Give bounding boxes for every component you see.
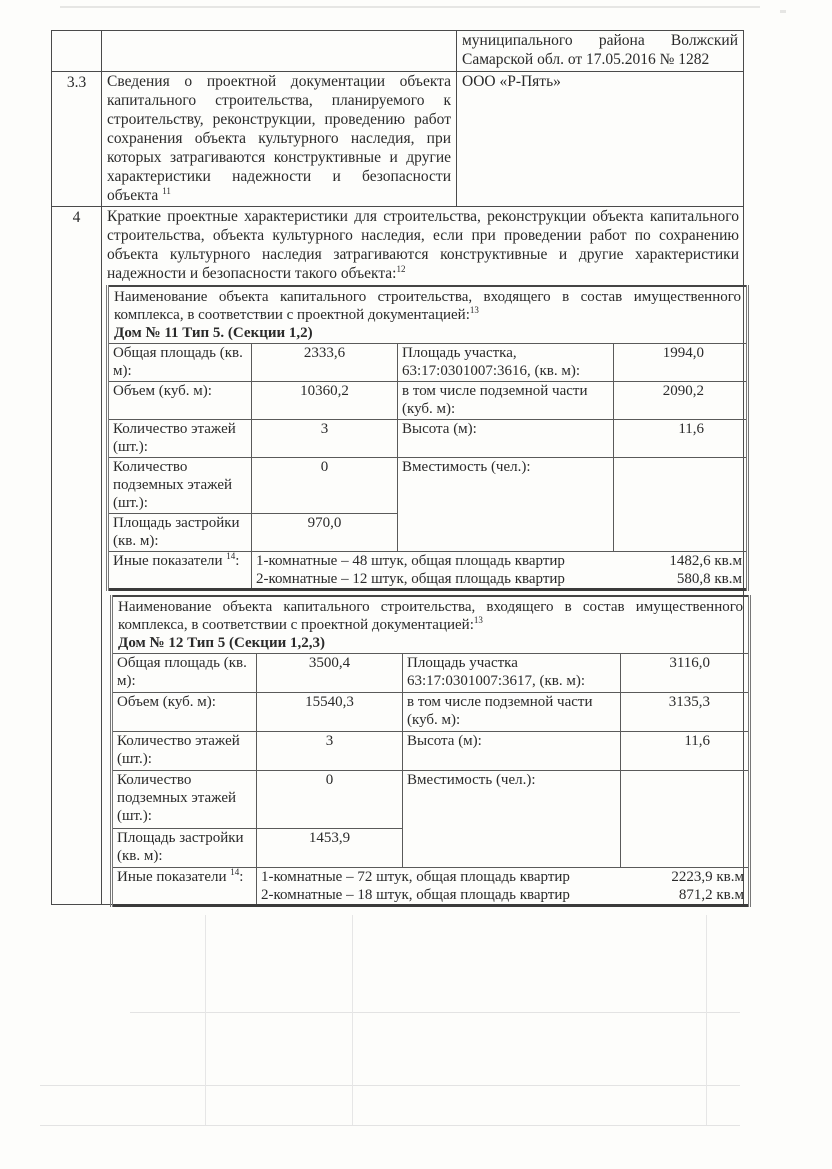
row-description — [102, 31, 457, 72]
apartment-row: 2-комнатные – 12 штук, общая площадь ква… — [256, 570, 742, 588]
field-value: 3135,3 — [621, 693, 750, 732]
field-label: Высота (м): — [403, 732, 621, 771]
row-number: 4 — [52, 207, 102, 905]
field-row-other: Иные показатели 14: 1-комнатные – 72 шту… — [112, 868, 750, 906]
scan-artifact-top — [60, 6, 760, 8]
field-label: Общая площадь (кв. м): — [108, 344, 252, 382]
field-value: 1994,0 — [614, 344, 748, 382]
footnote-ref: 13 — [470, 305, 479, 315]
field-row: Объем (куб. м): 15540,3 в том числе подз… — [112, 693, 750, 732]
scan-artifact-corner — [780, 10, 786, 13]
field-row: Количество подземных этажей (шт.): 0 Вме… — [108, 458, 748, 514]
field-label: Вместимость (чел.): — [398, 458, 614, 552]
row-value: муниципального района Волжский Самарской… — [457, 31, 744, 72]
field-row: Количество этажей (шт.): 3 Высота (м): 1… — [112, 732, 750, 771]
table-row-continuation: муниципального района Волжский Самарской… — [52, 31, 744, 72]
field-value: 2333,6 — [252, 344, 398, 382]
apartment-area: 1482,6 кв.м — [647, 552, 742, 570]
field-label: Вместимость (чел.): — [403, 771, 621, 868]
row-description-text: Краткие проектные характеристики для стр… — [107, 208, 739, 282]
field-row: Количество этажей (шт.): 3 Высота (м): 1… — [108, 420, 748, 458]
field-value: 3500,4 — [257, 654, 403, 693]
field-label: Количество подземных этажей (шт.): — [108, 458, 252, 514]
object-heading-text: Наименование объекта капитального строит… — [114, 289, 741, 323]
object-name: Дом № 11 Тип 5. (Секции 1,2) — [114, 325, 313, 341]
field-label: Количество этажей (шт.): — [112, 732, 257, 771]
row-number: 3.3 — [52, 72, 102, 207]
field-label-text: Иные показатели — [117, 869, 227, 885]
apartment-row: 1-комнатные – 48 штук, общая площадь ква… — [256, 552, 742, 570]
apartment-row: 2-комнатные – 18 штук, общая площадь ква… — [261, 886, 744, 904]
object-heading-row: Наименование объекта капитального строит… — [112, 596, 750, 654]
object-name: Дом № 12 Тип 5 (Секции 1,2,3) — [118, 635, 325, 651]
field-label: Общая площадь (кв. м): — [112, 654, 257, 693]
field-value — [621, 771, 750, 868]
field-label: Количество этажей (шт.): — [108, 420, 252, 458]
row-number — [52, 31, 102, 72]
field-label: Площадь застройки (кв. м): — [108, 514, 252, 552]
row-value: ООО «Р-Пять» — [457, 72, 744, 207]
row-description: Сведения о проектной документации объект… — [102, 72, 457, 207]
apartment-area: 871,2 кв.м — [649, 886, 744, 904]
object-table-house-12: Наименование объекта капитального строит… — [110, 595, 751, 907]
apartment-row: 1-комнатные – 72 штук, общая площадь ква… — [261, 868, 744, 886]
table-row-3-3: 3.3 Сведения о проектной документации об… — [52, 72, 744, 207]
footnote-ref: 11 — [162, 186, 171, 196]
field-value: 10360,2 — [252, 382, 398, 420]
apartment-text: 2-комнатные – 18 штук, общая площадь ква… — [261, 886, 570, 904]
apartment-area: 2223,9 кв.м — [649, 868, 744, 886]
field-value — [614, 458, 748, 552]
field-label: Объем (куб. м): — [112, 693, 257, 732]
field-row: Количество подземных этажей (шт.): 0 Вме… — [112, 771, 750, 829]
footnote-ref: 12 — [396, 264, 405, 274]
apartment-text: 1-комнатные – 48 штук, общая площадь ква… — [256, 552, 565, 570]
field-value: 3116,0 — [621, 654, 750, 693]
object-heading: Наименование объекта капитального строит… — [108, 286, 748, 344]
object-heading-text: Наименование объекта капитального строит… — [118, 599, 743, 633]
footnote-ref: 13 — [474, 615, 483, 625]
row-value-line: Самарской обл. от 17.05.2016 № 1282 — [462, 50, 738, 69]
field-label-text: Иные показатели — [113, 553, 223, 569]
field-value: 3 — [252, 420, 398, 458]
apartments-list: 1-комнатные – 72 штук, общая площадь ква… — [257, 868, 750, 906]
field-row: Общая площадь (кв. м): 2333,6 Площадь уч… — [108, 344, 748, 382]
apartment-text: 1-комнатные – 72 штук, общая площадь ква… — [261, 868, 570, 886]
object-heading: Наименование объекта капитального строит… — [112, 596, 750, 654]
footnote-ref: 14 — [230, 867, 239, 877]
field-label: в том числе подземной части (куб. м): — [403, 693, 621, 732]
field-value: 11,6 — [614, 420, 748, 458]
row-description-text: Сведения о проектной документации объект… — [107, 73, 451, 204]
field-label: Иные показатели 14: — [108, 552, 252, 590]
field-row-other: Иные показатели 14: 1-комнатные – 48 шту… — [108, 552, 748, 590]
apartments-list: 1-комнатные – 48 штук, общая площадь ква… — [252, 552, 748, 590]
object-heading-row: Наименование объекта капитального строит… — [108, 286, 748, 344]
field-label: в том числе подземной части (куб. м): — [398, 382, 614, 420]
footnote-ref: 14 — [226, 551, 235, 561]
field-label: Площадь участка, 63:17:0301007:3616, (кв… — [398, 344, 614, 382]
field-label: Площадь застройки (кв. м): — [112, 829, 257, 868]
field-value: 0 — [252, 458, 398, 514]
field-label: Объем (куб. м): — [108, 382, 252, 420]
field-value: 3 — [257, 732, 403, 771]
field-label: Площадь участка 63:17:0301007:3617, (кв.… — [403, 654, 621, 693]
field-value: 2090,2 — [614, 382, 748, 420]
field-value: 1453,9 — [257, 829, 403, 868]
field-value: 0 — [257, 771, 403, 829]
row-value-line: муниципального района Волжский — [462, 31, 738, 50]
field-label: Иные показатели 14: — [112, 868, 257, 906]
field-label: Высота (м): — [398, 420, 614, 458]
field-value: 11,6 — [621, 732, 750, 771]
field-value: 15540,3 — [257, 693, 403, 732]
field-row: Общая площадь (кв. м): 3500,4 Площадь уч… — [112, 654, 750, 693]
apartment-text: 2-комнатные – 12 штук, общая площадь ква… — [256, 570, 565, 588]
field-value: 970,0 — [252, 514, 398, 552]
field-label: Количество подземных этажей (шт.): — [112, 771, 257, 829]
field-row: Объем (куб. м): 10360,2 в том числе подз… — [108, 382, 748, 420]
apartment-area: 580,8 кв.м — [647, 570, 742, 588]
object-table-house-11: Наименование объекта капитального строит… — [106, 285, 749, 591]
